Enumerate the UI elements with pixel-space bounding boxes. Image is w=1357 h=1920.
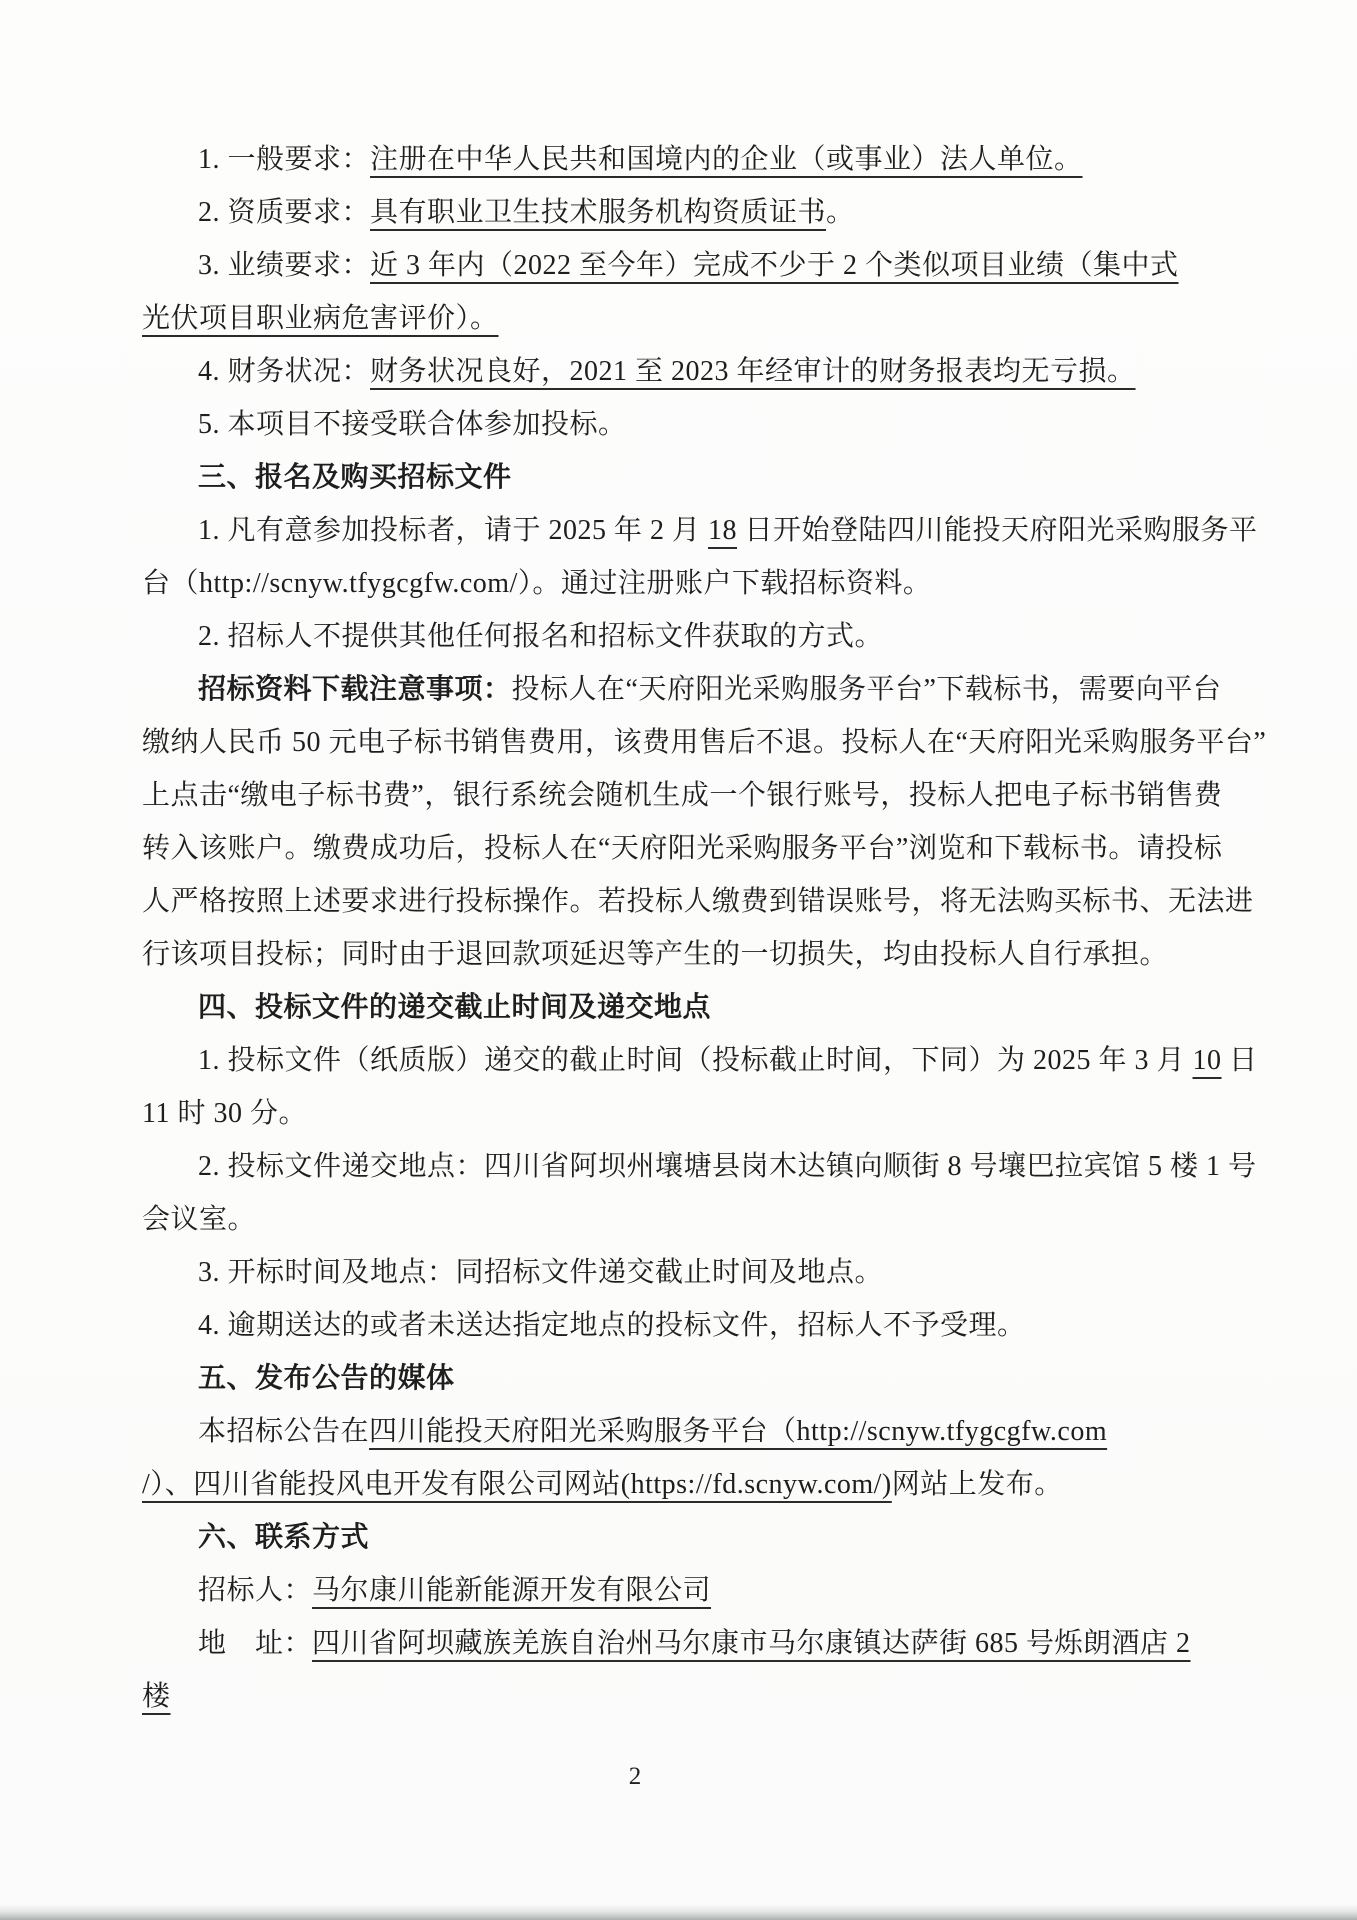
text-segment: 招标资料下载注意事项： (198, 674, 512, 705)
text-segment: 3. 业绩要求： (198, 250, 370, 281)
text-line: 四、投标文件的递交截止时间及递交地点 (142, 981, 1232, 1034)
text-segment: 10 (1193, 1045, 1222, 1076)
text-segment: 地 址： (198, 1628, 312, 1659)
text-line: 本招标公告在四川能投天府阳光采购服务平台（http://scnyw.tfygcg… (142, 1405, 1232, 1458)
text-segment: 注册在中华人民共和国境内的企业（或事业）法人单位。 (370, 144, 1083, 175)
text-segment: 楼 (142, 1681, 171, 1712)
text-line: 转入该账户。缴费成功后，投标人在“天府阳光采购服务平台”浏览和下载标书。请投标 (142, 822, 1232, 875)
text-line: 地 址：四川省阿坝藏族羌族自治州马尔康市马尔康镇达萨街 685 号烁朗酒店 2 (142, 1617, 1232, 1670)
text-segment: 四川能投天府阳光采购服务平台（http://scnyw.tfygcgfw.com (369, 1416, 1107, 1447)
text-segment: 1. 投标文件（纸质版）递交的截止时间（投标截止时间，下同）为 2025 年 3… (198, 1045, 1193, 1076)
text-line: 楼 (142, 1670, 1232, 1723)
page-number: 2 (0, 1763, 1270, 1791)
text-segment: 台（http://scnyw.tfygcgfw.com/）。通过注册账户下载招标… (142, 568, 931, 599)
text-segment: 本招标公告在 (198, 1416, 369, 1447)
text-line: 5. 本项目不接受联合体参加投标。 (142, 398, 1232, 451)
text-line: 人严格按照上述要求进行投标操作。若投标人缴费到错误账号，将无法购买标书、无法进 (142, 875, 1232, 928)
text-line: 4. 逾期送达的或者未送达指定地点的投标文件，招标人不予受理。 (142, 1299, 1232, 1352)
text-segment: 日 (1222, 1045, 1258, 1076)
text-segment: /）、四川省能投风电开发有限公司网站(https://fd.scnyw.com/… (142, 1469, 892, 1500)
text-segment: 光伏项目职业病危害评价）。 (142, 303, 499, 334)
text-segment: 4. 逾期送达的或者未送达指定地点的投标文件，招标人不予受理。 (198, 1310, 1026, 1341)
text-segment: 马尔康川能新能源开发有限公司 (312, 1575, 711, 1606)
text-line: 4. 财务状况：财务状况良好，2021 至 2023 年经审计的财务报表均无亏损… (142, 345, 1232, 398)
text-segment: 三、报名及购买招标文件 (198, 462, 512, 493)
text-line: /）、四川省能投风电开发有限公司网站(https://fd.scnyw.com/… (142, 1458, 1232, 1511)
text-segment: 2. 招标人不提供其他任何报名和招标文件获取的方式。 (198, 621, 883, 652)
text-segment: 3. 开标时间及地点：同招标文件递交截止时间及地点。 (198, 1257, 883, 1288)
text-line: 1. 投标文件（纸质版）递交的截止时间（投标截止时间，下同）为 2025 年 3… (142, 1034, 1232, 1087)
text-segment: 财务状况良好，2021 至 2023 年经审计的财务报表均无亏损。 (370, 356, 1136, 387)
text-segment: 四川省阿坝藏族羌族自治州马尔康市马尔康镇达萨街 685 号烁朗酒店 2 (312, 1628, 1191, 1659)
text-segment: 人严格按照上述要求进行投标操作。若投标人缴费到错误账号，将无法购买标书、无法进 (142, 886, 1254, 917)
text-line: 台（http://scnyw.tfygcgfw.com/）。通过注册账户下载招标… (142, 557, 1232, 610)
text-line: 2. 投标文件递交地点：四川省阿坝州壤塘县岗木达镇向顺街 8 号壤巴拉宾馆 5 … (142, 1140, 1232, 1193)
document-body: 1. 一般要求：注册在中华人民共和国境内的企业（或事业）法人单位。2. 资质要求… (142, 133, 1232, 1723)
text-segment: 行该项目投标；同时由于退回款项延迟等产生的一切损失，均由投标人自行承担。 (142, 939, 1168, 970)
text-segment: 具有职业卫生技术服务机构资质证书 (370, 197, 826, 228)
text-segment: 招标人： (198, 1575, 312, 1606)
text-segment: 网站上发布。 (892, 1469, 1063, 1500)
text-line: 1. 凡有意参加投标者，请于 2025 年 2 月 18 日开始登陆四川能投天府… (142, 504, 1232, 557)
text-line: 3. 业绩要求：近 3 年内（2022 至今年）完成不少于 2 个类似项目业绩（… (142, 239, 1232, 292)
text-segment: 18 (708, 515, 737, 546)
text-line: 招标人：马尔康川能新能源开发有限公司 (142, 1564, 1232, 1617)
text-segment: 五、发布公告的媒体 (198, 1363, 455, 1394)
text-segment: 缴纳人民币 50 元电子标书销售费用，该费用售后不退。投标人在“天府阳光采购服务… (142, 727, 1266, 758)
text-line: 招标资料下载注意事项：投标人在“天府阳光采购服务平台”下载标书，需要向平台 (142, 663, 1232, 716)
text-segment: 日开始登陆四川能投天府阳光采购服务平 (737, 515, 1258, 546)
text-segment: 转入该账户。缴费成功后，投标人在“天府阳光采购服务平台”浏览和下载标书。请投标 (142, 833, 1222, 864)
text-line: 11 时 30 分。 (142, 1087, 1232, 1140)
text-line: 六、联系方式 (142, 1511, 1232, 1564)
text-segment: 会议室。 (142, 1204, 256, 1235)
text-line: 三、报名及购买招标文件 (142, 451, 1232, 504)
text-line: 2. 招标人不提供其他任何报名和招标文件获取的方式。 (142, 610, 1232, 663)
text-segment: 四、投标文件的递交截止时间及递交地点 (198, 992, 711, 1023)
text-segment: 近 3 年内（2022 至今年）完成不少于 2 个类似项目业绩（集中式 (370, 250, 1179, 281)
text-segment: 六、联系方式 (198, 1522, 369, 1553)
text-segment: 上点击“缴电子标书费”，银行系统会随机生成一个银行账号，投标人把电子标书销售费 (142, 780, 1222, 811)
text-segment: 11 时 30 分。 (142, 1098, 307, 1129)
text-segment: 2. 投标文件递交地点：四川省阿坝州壤塘县岗木达镇向顺街 8 号壤巴拉宾馆 5 … (198, 1151, 1257, 1182)
text-line: 会议室。 (142, 1193, 1232, 1246)
text-segment: 投标人在“天府阳光采购服务平台”下载标书，需要向平台 (512, 674, 1222, 705)
text-segment: 1. 一般要求： (198, 144, 370, 175)
text-line: 2. 资质要求：具有职业卫生技术服务机构资质证书。 (142, 186, 1232, 239)
document-page: 1. 一般要求：注册在中华人民共和国境内的企业（或事业）法人单位。2. 资质要求… (0, 0, 1357, 1920)
text-line: 行该项目投标；同时由于退回款项延迟等产生的一切损失，均由投标人自行承担。 (142, 928, 1232, 981)
text-line: 五、发布公告的媒体 (142, 1352, 1232, 1405)
text-segment: 2. 资质要求： (198, 197, 370, 228)
text-line: 1. 一般要求：注册在中华人民共和国境内的企业（或事业）法人单位。 (142, 133, 1232, 186)
text-segment: 1. 凡有意参加投标者，请于 2025 年 2 月 (198, 515, 708, 546)
text-line: 3. 开标时间及地点：同招标文件递交截止时间及地点。 (142, 1246, 1232, 1299)
text-line: 光伏项目职业病危害评价）。 (142, 292, 1232, 345)
text-segment: 。 (826, 197, 855, 228)
text-line: 上点击“缴电子标书费”，银行系统会随机生成一个银行账号，投标人把电子标书销售费 (142, 769, 1232, 822)
text-segment: 5. 本项目不接受联合体参加投标。 (198, 409, 627, 440)
text-line: 缴纳人民币 50 元电子标书销售费用，该费用售后不退。投标人在“天府阳光采购服务… (142, 716, 1232, 769)
text-segment: 4. 财务状况： (198, 356, 370, 387)
scan-edge-artifact (0, 1904, 1357, 1920)
